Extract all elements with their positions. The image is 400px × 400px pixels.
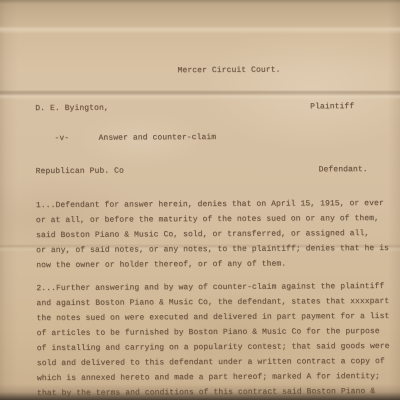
plaintiff-label: Plaintiff bbox=[310, 102, 354, 112]
plaintiff-name: D. E. Byington, bbox=[35, 104, 109, 114]
defendant-row: Republican Pub. Co Defendant. bbox=[36, 165, 390, 177]
typewritten-text: Mercer Circuit Court. D. E. Byington, Pl… bbox=[35, 65, 391, 400]
paragraph-2: 2...Further answering and by way of coun… bbox=[36, 279, 391, 400]
plaintiff-row: D. E. Byington, Plaintiff bbox=[35, 102, 389, 114]
defendant-label: Defendant. bbox=[319, 165, 368, 175]
paragraph-1-line: now the owner or holder thereof, or of a… bbox=[36, 256, 390, 273]
paragraph-2-line: that by the terms and conditions of this… bbox=[37, 384, 391, 400]
paragraph-1-line: or any, of said notes, or any notes, to … bbox=[36, 241, 390, 258]
paragraph-1: 1...Defendant for answer herein, denies … bbox=[36, 196, 390, 273]
defendant-name: Republican Pub. Co bbox=[36, 167, 124, 178]
scanned-legal-document: Mercer Circuit Court. D. E. Byington, Pl… bbox=[0, 0, 400, 400]
court-title: Mercer Circuit Court. bbox=[35, 65, 389, 77]
versus-and-answer-line: -v- Answer and counter-claim bbox=[35, 132, 389, 144]
